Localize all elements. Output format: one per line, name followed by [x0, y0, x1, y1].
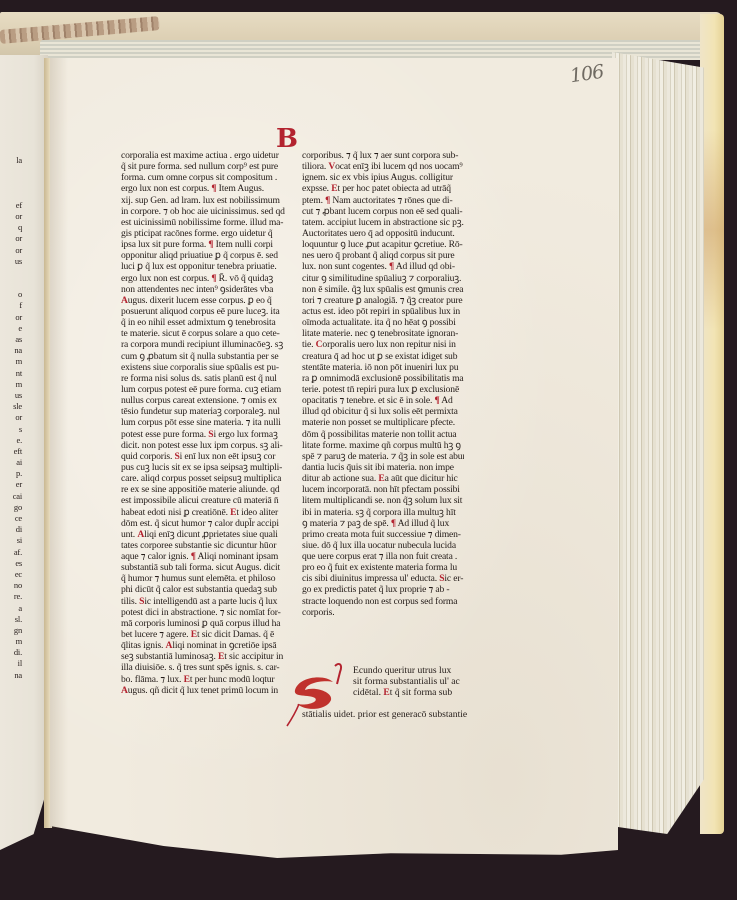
- text-line: ꝯ materia ⁊ paꝫ de spē. ¶ Ad illud q̃ lu…: [302, 518, 464, 529]
- text-line: illud qd obicitur q̃ si lux solis eēt pe…: [302, 406, 464, 417]
- text-line: ra corpora mundi recipiunt illuminacōeꝫ.…: [121, 339, 291, 350]
- text-line: bet lucere ⁊ agere. Et sic dicit Damas. …: [121, 629, 291, 640]
- verso-fragment: us: [0, 390, 22, 401]
- text-line: pus cuꝫ lucis sit ex se ipsa seipsaꝫ mul…: [121, 462, 291, 473]
- text-line: actus est. ideo pōt repiri in spūalibus …: [302, 306, 464, 317]
- text-line: litate forme. maxime qñ corpus multū hꝫ …: [302, 440, 464, 451]
- text-line: tates corporee substantie sic dicuntur h…: [121, 540, 291, 551]
- verso-fragment: na: [0, 670, 22, 681]
- verso-fragment: [0, 177, 22, 188]
- page-fore-edge: [612, 52, 704, 834]
- text-line: dantia lucis q̄uis sit ibi materia. non …: [302, 462, 464, 473]
- text-line: dōm q̃ possibilitas materie non tollit a…: [302, 429, 464, 440]
- text-line: litate materie. nec ꝯ tenebrositate igno…: [302, 328, 464, 339]
- text-line: mā corporis luminosi ꝑ quā corpus illud …: [121, 618, 291, 629]
- text-line: sit forma substantialis ul' ac: [353, 676, 465, 687]
- verso-fragment: or: [0, 245, 22, 256]
- text-line: re forma nisi solus ds. satis planū est …: [121, 373, 291, 384]
- text-line: tilis. Sic intelligendū ast a parte luci…: [121, 596, 291, 607]
- text-line: quid corporis. Si enī lux non eēt ipsuꝫ …: [121, 451, 291, 462]
- text-line: cis sibi diuinitus impressa ul' educta. …: [302, 573, 464, 584]
- text-line: nes uero q̄ probant q̃ aliqd corpus sit …: [302, 250, 464, 261]
- text-line: ptem. ¶ Nam auctoritates ⁊ rōnes que di-: [302, 195, 464, 206]
- verso-fragment: gn: [0, 625, 22, 636]
- text-line: ditur ab actione sua. Ea aūt que dicitur…: [302, 473, 464, 484]
- text-line: loquuntur ꝯ luce ꝓut acapitur ꝯcretiue. …: [302, 239, 464, 250]
- text-line: citur ꝯ similitudine spūaliuꝫ ⁊ corporal…: [302, 273, 464, 284]
- text-line: tēsio fundetur sup materiaꝫ corporaleꝫ. …: [121, 406, 291, 417]
- text-line: stracte loquendo non est corpus sed form…: [302, 596, 464, 607]
- text-line: q̃ humor ⁊ humus sunt elemēta. et philos…: [121, 573, 291, 584]
- text-line: siue. dō q̃ lux illa uocatur nubecula lu…: [302, 540, 464, 551]
- text-line: terie. potest tn̄ repiri pura lux ꝑ excl…: [302, 384, 464, 395]
- text-column-right: corporibus. ⁊ q̃ lux ⁊ aer sunt corpora …: [302, 150, 464, 618]
- text-line: spē ⁊ paruꝫ de materia. ⁊ q̃ꝫ in sole es…: [302, 451, 464, 462]
- text-line: dōm est. q̃ sicut humor ⁊ calor dupl̄r a…: [121, 518, 291, 529]
- text-line: dicit. non potest esse lux ipm corpus. s…: [121, 440, 291, 451]
- text-line: lum corpus pōt esse sine materia. ⁊ ita …: [121, 417, 291, 428]
- text-line: pro eo q̃ fuit ex existente materia form…: [302, 562, 464, 573]
- verso-fragment: il: [0, 658, 22, 669]
- section-two-opening: Ecundo queritur utrus luxsit forma subst…: [353, 665, 465, 698]
- text-line: materie non posset se multiplicare pfect…: [302, 417, 464, 428]
- verso-fragment: a: [0, 603, 22, 614]
- text-line: oīmoda actualitate. ita q̃ no hēat ꝯ pos…: [302, 317, 464, 328]
- text-line: existens siue corporalis siue spūalis es…: [121, 362, 291, 373]
- text-line: tori ⁊ creature ꝑ analogiā. ⁊ q̃ꝫ creato…: [302, 295, 464, 306]
- text-line: corporalia est maxime actiua . ergo uide…: [121, 150, 291, 161]
- text-line: ergo lux non est corpus. ¶ Item Augus.: [121, 183, 291, 194]
- verso-fragment: [0, 166, 22, 177]
- text-line: litem multiplicandi se. non q̃ꝫ solum lu…: [302, 495, 464, 506]
- folio-number: 106: [569, 61, 605, 87]
- text-line: opponitur aliqd priuatiue ꝑ q̃ corpus ē.…: [121, 250, 291, 261]
- page-block-top-edges: [40, 40, 710, 60]
- verso-fragment: e.: [0, 435, 22, 446]
- text-line: forma. cum omne corpus sit compositum .: [121, 172, 291, 183]
- verso-fragment: la: [0, 155, 22, 166]
- text-line: corporis.: [302, 607, 464, 618]
- verso-fragment: [0, 189, 22, 200]
- text-line: illa diuisiōe. s. q̃ tres sunt spēs igni…: [121, 662, 291, 673]
- text-line: ignem. sic ex vbis ipius Augus. colligit…: [302, 172, 464, 183]
- text-line: lux. non sunt cogentes. ¶ Ad illud qd ob…: [302, 261, 464, 272]
- text-line: Auctoritates uero q̄ ad oppositū inducun…: [302, 228, 464, 239]
- book-photograph: laeforqororusoforeasnamntmussleorse.efta…: [0, 0, 737, 900]
- text-line: q̄litas ignis. Aliqi nominat in ꝯcretiōe…: [121, 640, 291, 651]
- verso-fragment: p.: [0, 468, 22, 479]
- verso-fragment: es: [0, 558, 22, 569]
- verso-fragment: m: [0, 636, 22, 647]
- verso-fragment: [0, 278, 22, 289]
- page-shadow: [50, 58, 68, 828]
- text-line: ergo lux non est corpus. ¶ R̄. vō q̃ qui…: [121, 273, 291, 284]
- text-line: non ē simile. q̃ꝫ lux spūalis est ꝯmunis…: [302, 284, 464, 295]
- verso-fragment: no: [0, 580, 22, 591]
- text-line: lum corpus potest eē pure forma. cuꝫ eti…: [121, 384, 291, 395]
- text-line: xij. sup Gen. ad lram. lux est nobilissi…: [121, 195, 291, 206]
- text-line: go ex predictis patet q̃ lux proprie ⁊ a…: [302, 584, 464, 595]
- verso-fragment: af.: [0, 547, 22, 558]
- text-line: potest dici in abstractione. ⁊ sic nomīa…: [121, 607, 291, 618]
- text-line: stentāte materia. iō non pōt inueniri lu…: [302, 362, 464, 373]
- verso-fragment: di: [0, 524, 22, 535]
- text-line: nullus corpus careat extensione. ⁊ omis …: [121, 395, 291, 406]
- text-line: care. aliqd corpus posset seipsuꝫ multip…: [121, 473, 291, 484]
- text-line: phi dicūt q̃ calor est substantia quedaꝫ…: [121, 584, 291, 595]
- verso-fragment: ai: [0, 457, 22, 468]
- text-line: seꝫ substantiā luminosaꝫ. Et sic accipit…: [121, 651, 291, 662]
- text-line: Augus. qñ dicit q̃ lux tenet primū locum…: [121, 685, 291, 696]
- verso-fragment: m: [0, 379, 22, 390]
- text-line: corporibus. ⁊ q̃ lux ⁊ aer sunt corpora …: [302, 150, 464, 161]
- text-line: ibi in materia. sꝫ q̃ corpora illa multu…: [302, 507, 464, 518]
- text-line: opacitatis ⁊ tenebre. et sic ē in sole. …: [302, 395, 464, 406]
- verso-fragment: si: [0, 535, 22, 546]
- verso-fragment: sle: [0, 401, 22, 412]
- text-line: primo creata mota fuit successiue ⁊ dime…: [302, 529, 464, 540]
- verso-fragment: f: [0, 300, 22, 311]
- text-column-left: corporalia est maxime actiua . ergo uide…: [121, 150, 291, 696]
- verso-fragment: ec: [0, 569, 22, 580]
- text-line: ra ꝑ omnimodā exclusionē possibilitatis …: [302, 373, 464, 384]
- text-line: bo. flāma. ⁊ lux. Et per hunc modū loqtu…: [121, 674, 291, 685]
- text-line: tiliora. Vocat enīꝫ ibi lucem qd nos uoc…: [302, 161, 464, 172]
- verso-fragment: di.: [0, 647, 22, 658]
- text-line: est impossibile alicui creature cū mater…: [121, 495, 291, 506]
- verso-fragment: us: [0, 256, 22, 267]
- text-line: cut ⁊ ꝓbant lucem corpus non eē sed qual…: [302, 206, 464, 217]
- text-line: re ex se sine appositiōe materie aliunde…: [121, 484, 291, 495]
- text-line: non attendentes nec inten⁹ ꝯsiderātes vb…: [121, 284, 291, 295]
- verso-fragment: or: [0, 312, 22, 323]
- verso-fragment: nt: [0, 368, 22, 379]
- text-line: substantiā sub tali forma. sicut Augus. …: [121, 562, 291, 573]
- verso-fragment: s: [0, 424, 22, 435]
- text-line: aque ⁊ calor ignis. ¶ Aliqi nominant ips…: [121, 551, 291, 562]
- verso-fragment: as: [0, 334, 22, 345]
- verso-fragment: q: [0, 222, 22, 233]
- verso-fragment: go: [0, 502, 22, 513]
- verso-fragment: sl.: [0, 614, 22, 625]
- text-line: potest esse pure forma. Si ergo lux form…: [121, 429, 291, 440]
- verso-fragment: or: [0, 211, 22, 222]
- verso-fragment: e: [0, 323, 22, 334]
- text-line: cidētal. Et q̃ sit forma sub: [353, 687, 465, 698]
- verso-fragment: o: [0, 289, 22, 300]
- text-line: expsse. Et per hoc patet obiecta ad utrā…: [302, 183, 464, 194]
- verso-fragment: eft: [0, 446, 22, 457]
- verso-fragment: [0, 267, 22, 278]
- text-line: lucem incorporatā. non hīt pfectam possi…: [302, 484, 464, 495]
- verso-fragment: or: [0, 412, 22, 423]
- text-line: cum ꝯ ꝓbatum sit q̃ nulla substantia per…: [121, 351, 291, 362]
- verso-fragment: or: [0, 233, 22, 244]
- text-line: que uere corpus erat ⁊ illa non fuit cre…: [302, 551, 464, 562]
- verso-fragment: na: [0, 345, 22, 356]
- text-line: gis pticipat racōnes forme. ergo uidetur…: [121, 228, 291, 239]
- text-line: ipsa lux sit pure forma. ¶ Item nulli co…: [121, 239, 291, 250]
- text-line: habeat edoti nisi ꝑ creatiōnē. Et ideo a…: [121, 507, 291, 518]
- section-two-line: stātialis uidet. prior est generacō subs…: [302, 709, 472, 720]
- verso-text-fragments: laeforqororusoforeasnamntmussleorse.efta…: [0, 155, 22, 681]
- verso-fragment: m: [0, 356, 22, 367]
- text-line: Augus. dixerit lucem esse corpus. ꝑ eo q…: [121, 295, 291, 306]
- text-line: unt. Aliqi enīꝫ dicunt ꝓprietates siue q…: [121, 529, 291, 540]
- text-line: est uicinissimū nobilissime forme. illud…: [121, 217, 291, 228]
- text-line: Ecundo queritur utrus lux: [353, 665, 465, 676]
- verso-fragment: ef: [0, 200, 22, 211]
- text-line: creatura q̄ ad hoc ut ꝑ se existat idige…: [302, 351, 464, 362]
- text-line: q̃ in eo nihil esset admixtum ꝯ tenebros…: [121, 317, 291, 328]
- text-line: posuerunt aliquod corpus eē pure luceꝫ. …: [121, 306, 291, 317]
- text-line: in corpore. ⁊ ob hoc aie uicinissimus. s…: [121, 206, 291, 217]
- verso-fragment: cai: [0, 491, 22, 502]
- verso-fragment: ce: [0, 513, 22, 524]
- verso-fragment: re.: [0, 591, 22, 602]
- text-line: te materie. sicut ē corpus solare a quo …: [121, 328, 291, 339]
- text-line: tatem. accipiut lucem in abstractione si…: [302, 217, 464, 228]
- text-line: luci ꝑ q̃ lux est opponitur tenebra priu…: [121, 261, 291, 272]
- text-line: q̃ sit pure forma. sed nullum corp⁹ est …: [121, 161, 291, 172]
- verso-fragment: er: [0, 479, 22, 490]
- text-line: tie. Corporalis uero lux non repitur nis…: [302, 339, 464, 350]
